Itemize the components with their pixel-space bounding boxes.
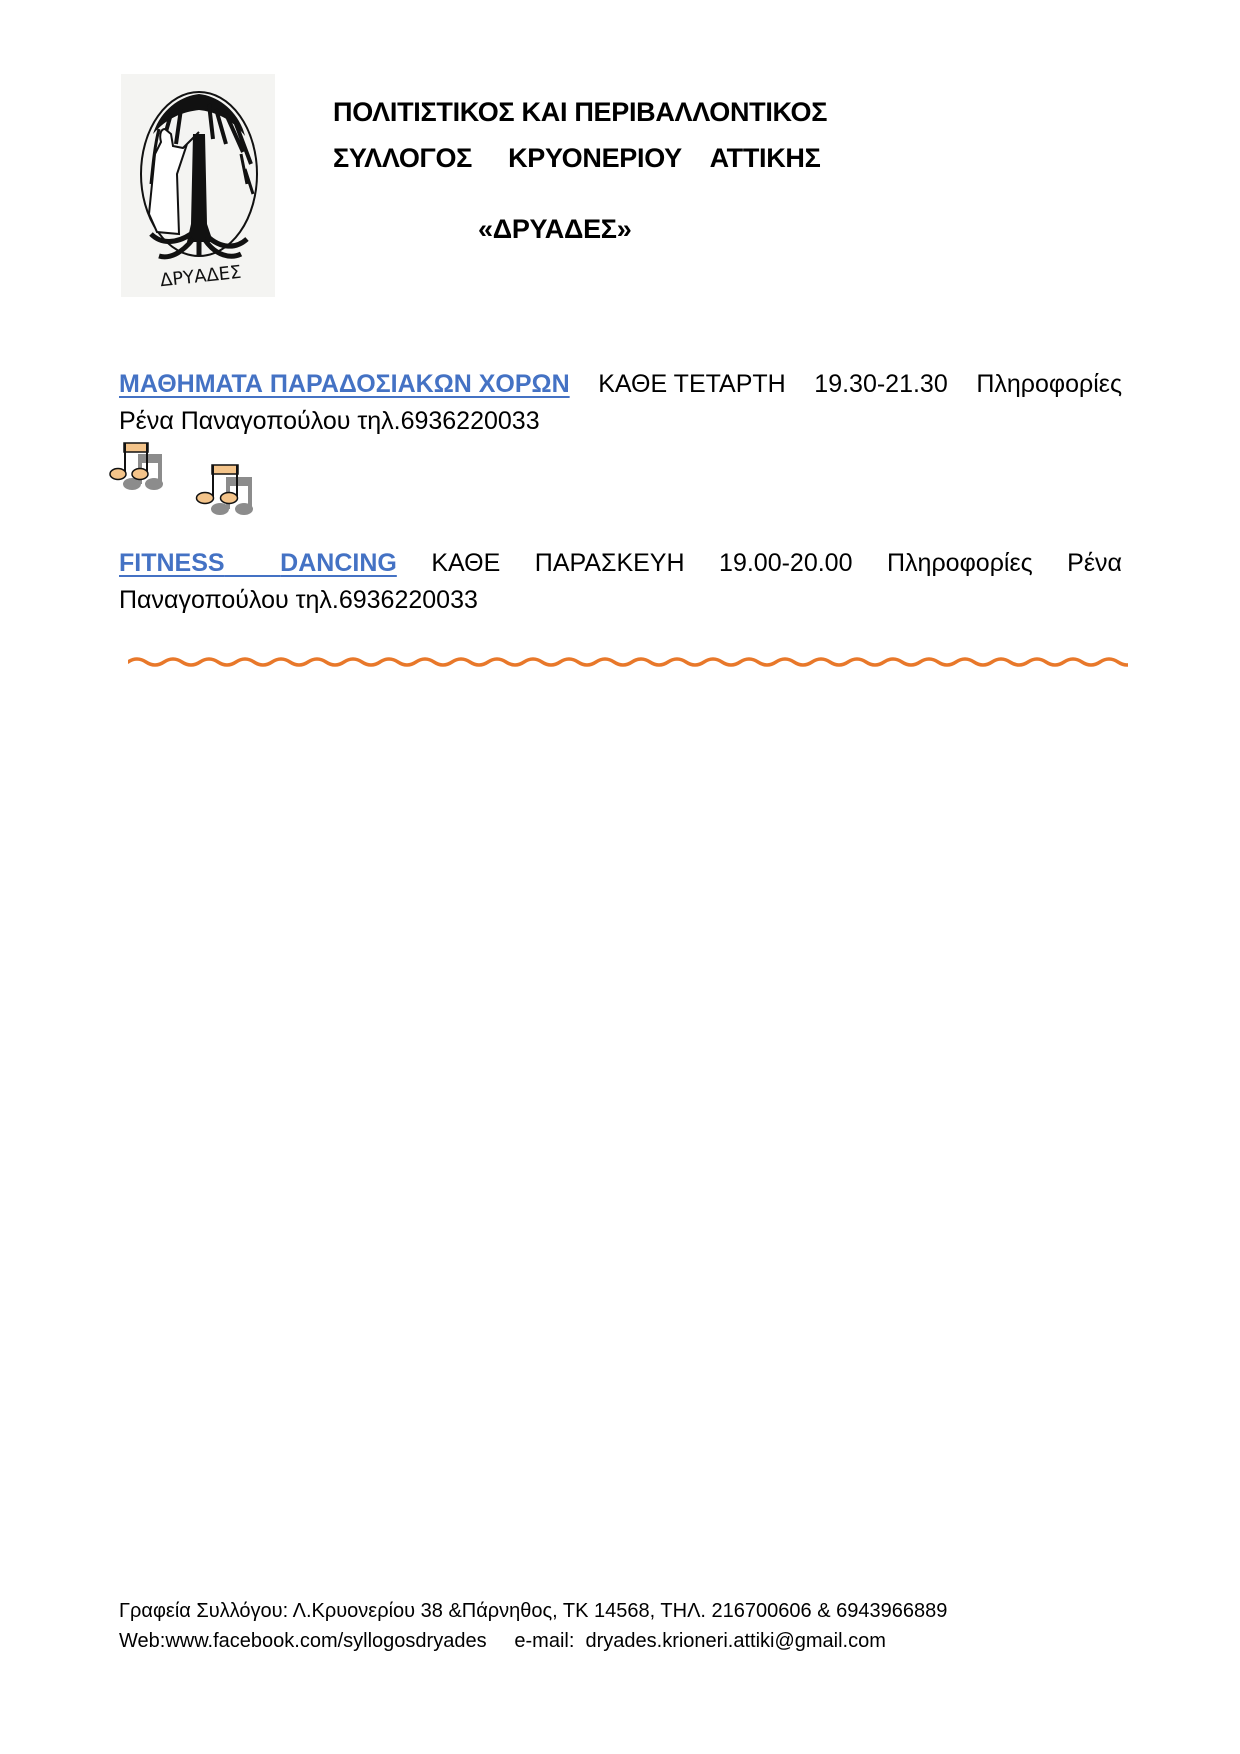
activity-traditional-dances: ΜΑΘΗΜΑΤΑ ΠΑΡΑΔΟΣΙΑΚΩΝ ΧΟΡΩΝ ΚΑΘΕ ΤΕΤΑΡΤΗ… <box>119 366 1122 440</box>
activity-title-link[interactable]: ΜΑΘΗΜΑΤΑ ΠΑΡΑΔΟΣΙΑΚΩΝ ΧΟΡΩΝ <box>119 366 570 403</box>
activity-day-word: ΚΑΘΕ <box>431 545 500 582</box>
activity-time: 19.30-21.30 <box>814 366 947 403</box>
email-link[interactable]: e-mail: dryades.krioneri.attiki@gmail.co… <box>514 1630 886 1652</box>
tree-woman-logo-icon: ΔΡΥΑΔΕΣ <box>121 74 275 297</box>
activity-title-link[interactable]: FITNESS DANCING <box>119 545 397 582</box>
heading-association-name: «ΔΡΥΑΔΕΣ» <box>478 216 631 243</box>
music-notes-icon <box>194 462 260 520</box>
music-notes-icon <box>108 440 170 496</box>
activity-contact: Παναγοπούλου τηλ.6936220033 <box>119 582 1122 619</box>
svg-text:ΔΡΥΑΔΕΣ: ΔΡΥΑΔΕΣ <box>159 262 242 291</box>
activity-info-label: Πληροφορίες <box>976 366 1122 403</box>
activity-day-word: ΠΑΡΑΣΚΕΥΗ <box>535 545 685 582</box>
activity-contact: Ρένα Παναγοπούλου τηλ.6936220033 <box>119 403 1122 440</box>
wavy-divider <box>128 652 1128 672</box>
activity-contact-first: Ρένα <box>1067 545 1122 582</box>
footer-address: Γραφεία Συλλόγου: Λ.Κρυονερίου 38 &Πάρνη… <box>119 1596 947 1626</box>
heading-line-1: ΠΟΛΙΤΙΣΤΙΚΟΣ ΚΑΙ ΠΕΡΙΒΑΛΛΟΝΤΙΚΟΣ <box>333 99 827 126</box>
heading-line-2: ΣΥΛΛΟΓΟΣ ΚΡΥΟΝΕΡΙΟΥ ΑΤΤΙΚΗΣ <box>333 145 821 172</box>
activity-time: 19.00-20.00 <box>719 545 852 582</box>
activity-day: ΚΑΘΕ ΤΕΤΑΡΤΗ <box>598 366 785 403</box>
activity-fitness-dancing: FITNESS DANCING ΚΑΘΕ ΠΑΡΑΣΚΕΥΗ 19.00-20.… <box>119 545 1122 619</box>
facebook-link[interactable]: Web:www.facebook.com/syllogosdryades <box>119 1630 487 1652</box>
footer-web-email: Web:www.facebook.com/syllogosdryades e-m… <box>119 1626 947 1656</box>
footer-contact: Γραφεία Συλλόγου: Λ.Κρυονερίου 38 &Πάρνη… <box>119 1596 947 1656</box>
association-logo: ΔΡΥΑΔΕΣ <box>121 74 275 297</box>
activity-info-label: Πληροφορίες <box>887 545 1033 582</box>
